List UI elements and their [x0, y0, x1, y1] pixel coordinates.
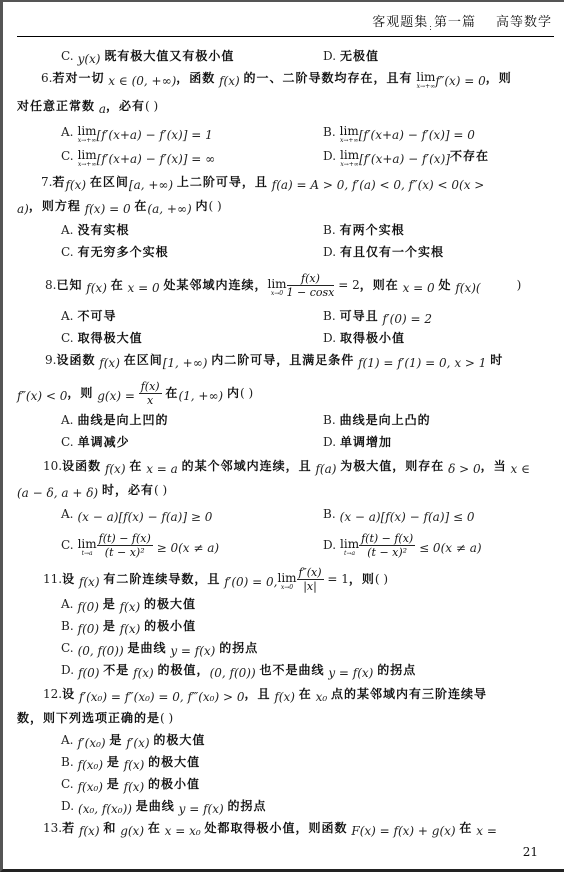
q11-option-b: B.f(0) 是 f(x) 的极小值	[61, 618, 196, 637]
q6-option-d: D.limx→+∞[f′(x+a) − f′(x)]不存在	[323, 148, 489, 170]
header-separator: :	[429, 23, 433, 32]
q6-stem-2: 对任意正常数 a，必有( )	[17, 98, 158, 117]
q7-option-b: B.有两个实根	[323, 222, 405, 238]
q13-stem: 13.若 f(x) 和 g(x) 在 x = x₀ 处都取得极小值，则函数 F(…	[43, 820, 497, 839]
q7-stem-2: a)，则方程 f(x) = 0 在(a, +∞) 内( )	[17, 198, 222, 217]
q6-option-a: A.limx→+∞[f′(x+a) − f′(x)] = 1	[61, 124, 213, 146]
header-subject: 高等数学	[496, 15, 552, 30]
header-part: 第一篇	[434, 15, 476, 30]
q11-option-a: A.f(0) 是 f(x) 的极大值	[61, 596, 196, 615]
q6-option-c: C.limx→+∞[f′(x+a) − f′(x)] = ∞	[61, 148, 215, 170]
q7-option-c: C.有无穷多个实根	[61, 244, 169, 260]
header-title: 客观题集:第一篇高等数学	[372, 11, 552, 32]
q10-option-c: C.limt→af(t) − f(x)(t − x)² ≥ 0(x ≠ a)	[61, 532, 219, 559]
q10-stem-2: (a − δ, a + δ) 时，必有( )	[17, 482, 167, 501]
q7-stem: 7.若f(x) 在区间[a, +∞) 上二阶可导，且 f(a) = A > 0,…	[41, 174, 484, 193]
q11-option-d: D.f(0) 不是 f(x) 的极值，(0, f(0)) 也不是曲线 y = f…	[61, 662, 416, 681]
q11-stem: 11.设 f(x) 有二阶连续导数，且 f′(0) = 0,limx→0f″(x…	[43, 566, 388, 593]
q10-stem: 10.设函数 f(x) 在 x = a 的某个邻域内连续，且 f(a) 为极大值…	[43, 458, 530, 477]
q10-option-b: B.(x − a)[f(x) − f(a)] ≤ 0	[323, 506, 475, 525]
q12-option-a: A.f′(x₀) 是 f′(x) 的极大值	[61, 732, 205, 751]
q6-stem: 6.若对一切 x ∈ (0, +∞)，函数 f(x) 的一、二阶导数均存在，且有…	[41, 70, 512, 92]
q7-option-d: D.有且仅有一个实根	[323, 244, 444, 260]
q10-option-d: D.limt→af(t) − f(x)(t − x)² ≤ 0(x ≠ a)	[323, 532, 482, 559]
q8-option-d: D.取得极小值	[323, 330, 405, 346]
page-number: 21	[523, 845, 538, 859]
q9-option-d: D.单调增加	[323, 434, 392, 450]
q9-stem: 9.设函数 f(x) 在区间[1, +∞) 内二阶可导，且满足条件 f(1) =…	[45, 352, 503, 371]
q12-stem-2: 数，则下列选项正确的是( )	[17, 710, 173, 726]
q12-option-c: C.f(x₀) 是 f(x) 的极小值	[61, 776, 200, 795]
q10-option-a: A.(x − a)[f(x) − f(a)] ≥ 0	[61, 506, 212, 525]
q8-option-c: C.取得极大值	[61, 330, 143, 346]
document-page: 客观题集:第一篇高等数学 C.y(x) 既有极大值又有极小值 D.无极值 6.若…	[0, 0, 564, 872]
q9-stem-2: f″(x) < 0，则 g(x) = f(x)x 在(1, +∞) 内( )	[17, 380, 253, 407]
q11-option-c: C.(0, f(0)) 是曲线 y = f(x) 的拐点	[61, 640, 258, 659]
q9-option-c: C.单调减少	[61, 434, 130, 450]
q8-stem: 8.已知 f(x) 在 x = 0 处某邻域内连续，limx→0f(x)1 − …	[45, 272, 521, 299]
q8-option-b: B.可导且 f′(0) = 2	[323, 308, 432, 327]
q12-option-b: B.f(x₀) 是 f(x) 的极大值	[61, 754, 200, 773]
q7-option-a: A.没有实根	[61, 222, 130, 238]
q9-option-b: B.曲线是向上凸的	[323, 412, 431, 428]
header-collection: 客观题集	[372, 15, 428, 30]
q8-option-a: A.不可导	[61, 308, 117, 324]
q5-option-d: D.无极值	[323, 48, 379, 64]
q9-option-a: A.曲线是向上凹的	[61, 412, 169, 428]
q12-option-d: D.(x₀, f(x₀)) 是曲线 y = f(x) 的拐点	[61, 798, 267, 817]
q12-stem: 12.设 f′(x₀) = f″(x₀) = 0, f‴(x₀) > 0，且 f…	[43, 686, 487, 705]
q5-option-c: C.y(x) 既有极大值又有极小值	[61, 48, 234, 67]
running-header: 客观题集:第一篇高等数学	[17, 10, 554, 37]
q6-option-b: B.limx→+∞[f′(x+a) − f′(x)] = 0	[323, 124, 475, 146]
